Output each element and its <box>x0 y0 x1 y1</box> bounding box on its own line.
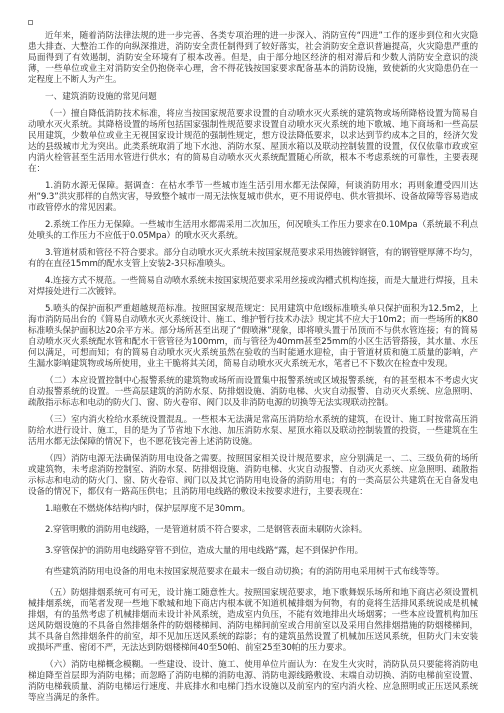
document-page: 近年来，随着消防法律法规的进一步完善、各类专项治理的进一步深入、消防宣传“四进”… <box>28 20 478 710</box>
part2-paragraph: （二）本应设置控制中心报警系统的建筑物或场所而设置集中报警系统或区域报警系统，有… <box>28 376 478 409</box>
part1-paragraph: （一）擅自降低消防技术标准，将应当按国家规范要求设置的自动喷水灭火系统的建筑物或… <box>28 109 478 175</box>
paragraph-marker-icon <box>28 20 33 25</box>
part1-item-2: 2.系统工作压力无保障。一些城市生活用水都需采用二次加压，何况喷头工作压力要求在… <box>28 220 478 242</box>
part5-paragraph: （五）防烟排烟系统可有可无，设计施工随意性大。按照国家规范要求，地下歌舞娱乐场所… <box>28 588 478 654</box>
part4-item-1: 1.暗敷在不燃烧体结构内时，保护层厚度不足30mm。 <box>28 504 478 515</box>
part1-item-4: 4.连接方式不规范。一些简易自动喷水系统未按国家规范要求采用丝接或沟槽式机构连接… <box>28 276 478 298</box>
part4-item-2: 2.穿管明敷的消防用电线路，一是管道材质不符合要求，二是钢管表面未刷防火涂料。 <box>28 525 478 536</box>
part4-item-3: 3.穿管保护的消防用电线路穿管不到位，造成大量的用电线路“露，起不到保护作用。 <box>28 546 478 557</box>
part3-paragraph: （三）室内消火栓给水系统设置混乱。一些根本无法满足常高压消防给水系统的建筑，在设… <box>28 415 478 448</box>
part6-paragraph: （六）消防电梯概念模糊。一些建设、设计、施工、使用单位片面认为：在发生火灾时，消… <box>28 660 478 704</box>
intro-paragraph: 近年来，随着消防法律法规的进一步完善、各类专项治理的进一步深入、消防宣传“四进”… <box>28 31 478 86</box>
part4-item-4: 有些建筑消防用电设备的用电未按国家规范要求在最末一级自动切换；有的消防用电采用树… <box>28 567 478 578</box>
part1-item-3: 3.管道材质和管径不符合要求。部分自动喷水灭火系统未按国家规范要求采用热镀锌钢管… <box>28 248 478 270</box>
part1-item-1: 1.消防水源无保障。据调查：在枯水季节一些城市连生活引用水都无法保障，何谈消防用… <box>28 181 478 214</box>
part1-item-5: 5.喷头的保护面积严重超越规范标准。按照国家规范规定：民用建筑中危I级标准喷头单… <box>28 304 478 370</box>
section-heading: 一、建筑消防设施的常见问题 <box>28 92 478 103</box>
part4-paragraph: （四）消防电源无法确保消防用电设备之需要。按照国家相关设计规范要求，应分别满足一… <box>28 454 478 498</box>
